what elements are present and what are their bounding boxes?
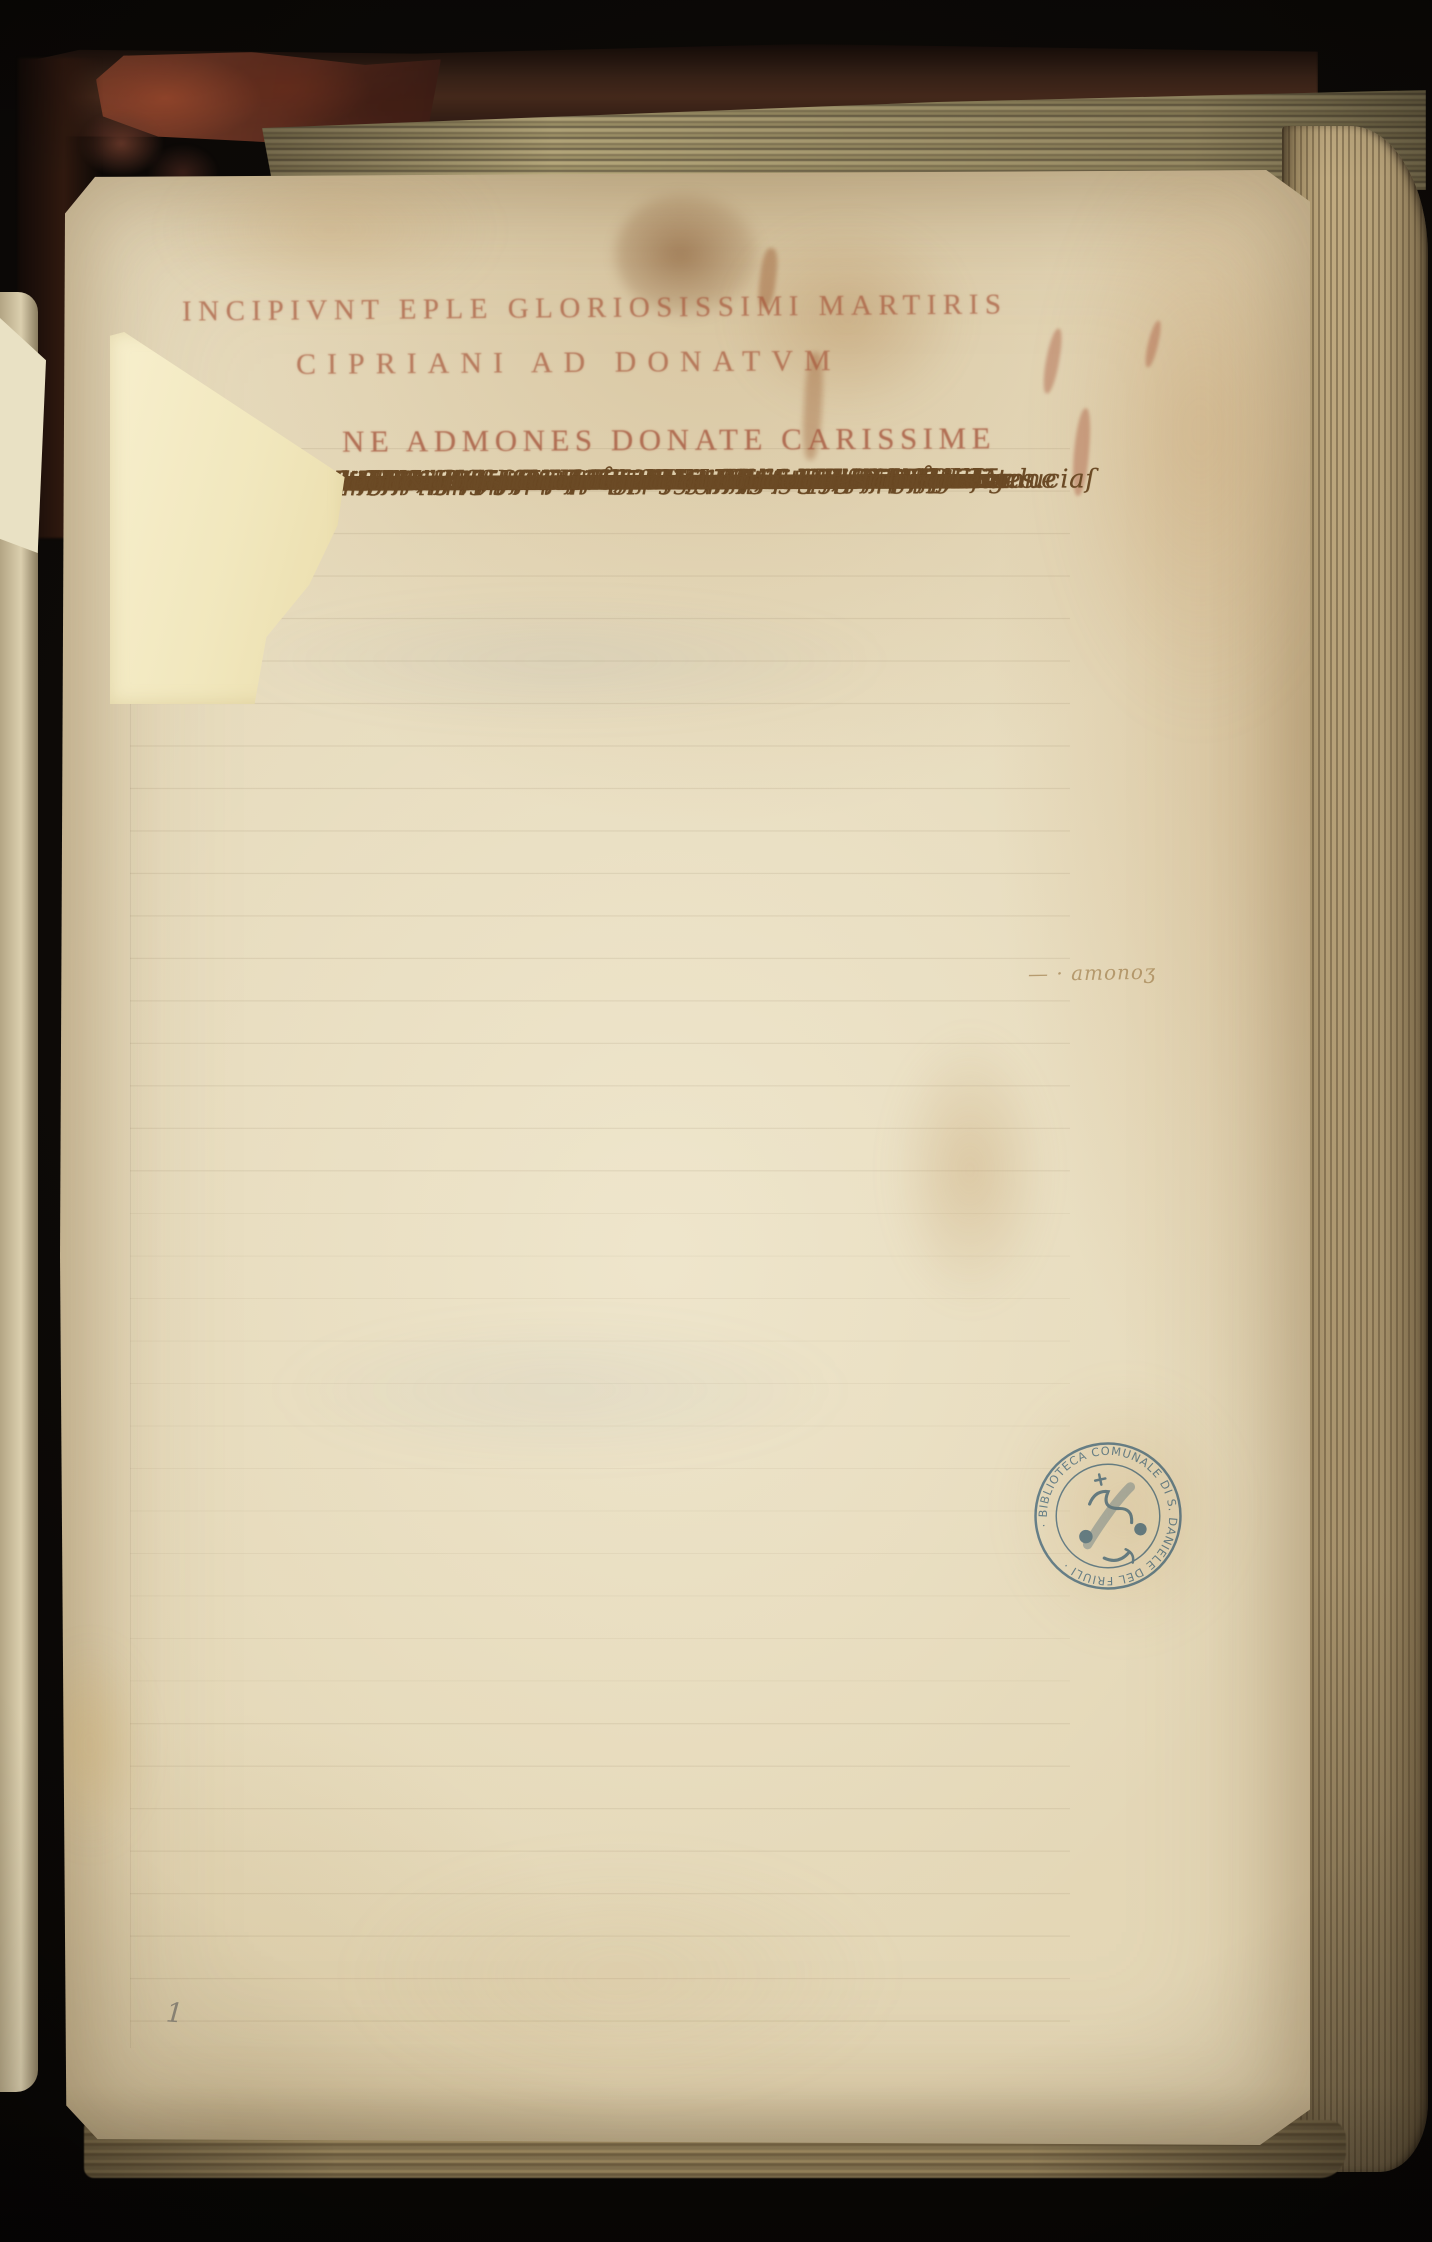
manuscript-photo: INCIPIVNT EPLE GLORIOSISSIMI MARTIRIS CI…	[0, 0, 1432, 2242]
red-pen-trial	[1143, 319, 1163, 368]
parchment-stain	[35, 1640, 145, 1850]
rubric-incipit-line1: INCIPIVNT EPLE GLORIOSISSIMI MARTIRIS	[182, 288, 1008, 328]
chapter-opening-heading: NE ADMONES DONATE CARISSIME	[342, 420, 996, 459]
folio-number: 1	[165, 1997, 184, 2029]
manuscript-page: INCIPIVNT EPLE GLORIOSISSIMI MARTIRIS CI…	[60, 170, 1310, 2145]
library-stamp: · BIBLIOTECA COMUNALE DI S. DANIELE DEL …	[1004, 1412, 1213, 1621]
red-pen-trial	[1041, 327, 1064, 394]
margin-gloss: — · amonoʒ	[1028, 958, 1248, 986]
facing-flyleaf-edge	[0, 292, 38, 2092]
rubric-incipit-line2: CIPRIANI AD DONATVM	[296, 344, 842, 382]
page-ruling	[130, 448, 1070, 2048]
parchment-stain	[170, 155, 490, 305]
parchment-stain	[1060, 140, 1340, 720]
